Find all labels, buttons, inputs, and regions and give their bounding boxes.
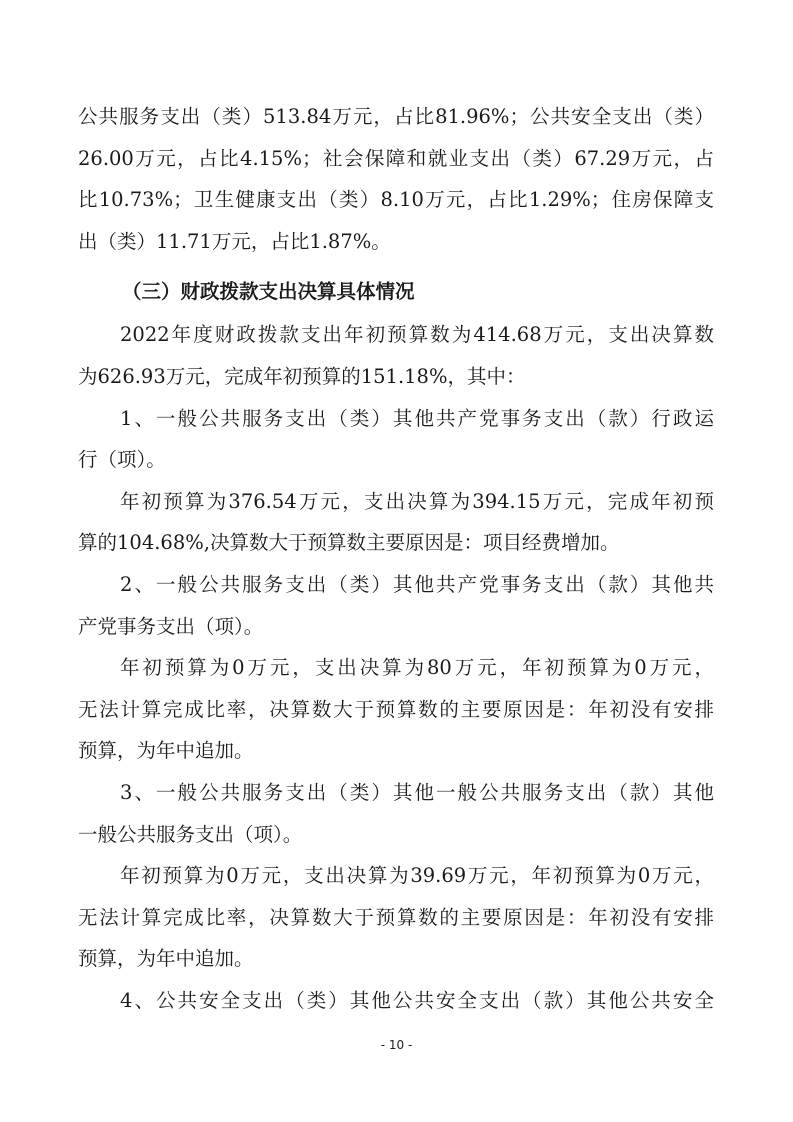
paragraph-line: 年初预算为0万元，支出决算为39.69万元，年初预算为0万元， bbox=[78, 855, 714, 897]
item-title-line: 行（项）。 bbox=[78, 439, 714, 481]
paragraph-line: 算的104.68%,决算数大于预算数主要原因是：项目经费增加。 bbox=[78, 522, 714, 564]
document-body: 公共服务支出（类）513.84万元，占比81.96%；公共安全支出（类） 26.… bbox=[78, 96, 714, 1021]
paragraph-line: 出（类）11.71万元，占比1.87%。 bbox=[78, 221, 714, 263]
paragraph-line: 年初预算为376.54万元，支出决算为394.15万元，完成年初预 bbox=[78, 481, 714, 523]
paragraph-line: 公共服务支出（类）513.84万元，占比81.96%；公共安全支出（类） bbox=[78, 96, 714, 138]
paragraph-line: 为626.93万元，完成年初预算的151.18%，其中： bbox=[78, 356, 714, 398]
item-title-line: 一般公共服务支出（项）。 bbox=[78, 814, 714, 856]
section-heading: （三）财政拨款支出决算具体情况 bbox=[78, 262, 714, 314]
paragraph-line: 预算，为年中追加。 bbox=[78, 938, 714, 980]
paragraph-line: 无法计算完成比率，决算数大于预算数的主要原因是：年初没有安排 bbox=[78, 897, 714, 939]
paragraph-line: 年初预算为0万元，支出决算为80万元，年初预算为0万元， bbox=[78, 647, 714, 689]
document-page: 公共服务支出（类）513.84万元，占比81.96%；公共安全支出（类） 26.… bbox=[0, 0, 793, 1122]
paragraph-line: 比10.73%；卫生健康支出（类）8.10万元，占比1.29%；住房保障支 bbox=[78, 179, 714, 221]
paragraph-line: 26.00万元，占比4.15%；社会保障和就业支出（类）67.29万元，占 bbox=[78, 138, 714, 180]
item-title-line: 产党事务支出（项）。 bbox=[78, 606, 714, 648]
item-title-line: 1、一般公共服务支出（类）其他共产党事务支出（款）行政运 bbox=[78, 398, 714, 440]
paragraph-line: 2022年度财政拨款支出年初预算数为414.68万元，支出决算数 bbox=[78, 314, 714, 356]
item-title-line: 2、一般公共服务支出（类）其他共产党事务支出（款）其他共 bbox=[78, 564, 714, 606]
item-title-line: 3、一般公共服务支出（类）其他一般公共服务支出（款）其他 bbox=[78, 772, 714, 814]
item-title-line: 4、公共安全支出（类）其他公共安全支出（款）其他公共安全 bbox=[78, 980, 714, 1022]
page-number: - 10 - bbox=[0, 1038, 793, 1052]
paragraph-line: 预算，为年中追加。 bbox=[78, 730, 714, 772]
paragraph-line: 无法计算完成比率，决算数大于预算数的主要原因是：年初没有安排 bbox=[78, 689, 714, 731]
